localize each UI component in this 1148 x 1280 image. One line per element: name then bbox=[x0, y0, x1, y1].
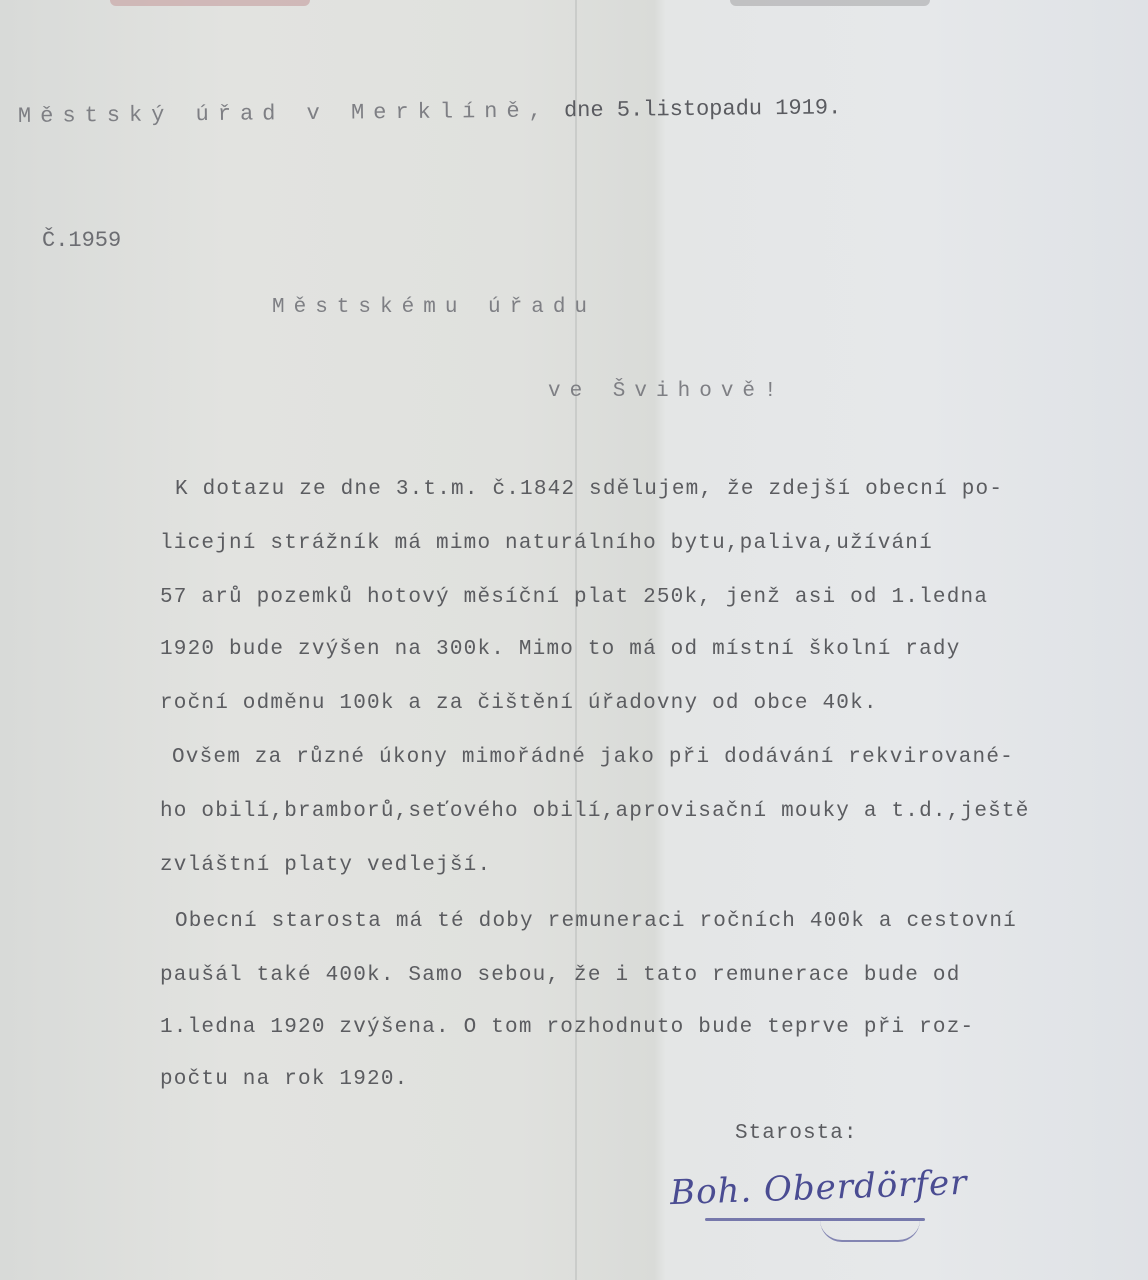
letter-date: dne 5.listopadu 1919. bbox=[551, 95, 842, 123]
signature-flourish bbox=[820, 1220, 920, 1242]
body-line: licejní strážník má mimo naturálního byt… bbox=[160, 532, 933, 555]
body-line: zvláštní platy vedlejší. bbox=[160, 854, 491, 877]
letterhead: Městský úřad v Merklíně, dne 5.listopadu… bbox=[18, 95, 842, 129]
addressee-line-2: ve Švihově! bbox=[548, 380, 786, 403]
body-line: Ovšem za různé úkony mimořádné jako při … bbox=[172, 746, 1014, 769]
top-edge-mark bbox=[110, 0, 310, 6]
body-line: 1920 bude zvýšen na 300k. Mimo to má od … bbox=[160, 638, 961, 661]
body-line: Obecní starosta má té doby remuneraci ro… bbox=[175, 910, 1017, 933]
body-line: 57 arů pozemků hotový měsíční plat 250k,… bbox=[160, 586, 988, 609]
body-line: K dotazu ze dne 3.t.m. č.1842 sdělujem, … bbox=[175, 478, 1003, 501]
addressee-line-1: Městskému úřadu bbox=[272, 296, 596, 319]
office-name: Městský úřad v Merklíně, bbox=[18, 98, 551, 129]
paper-background: Městský úřad v Merklíně, dne 5.listopadu… bbox=[0, 0, 1148, 1280]
top-edge-mark bbox=[730, 0, 930, 6]
body-line: 1.ledna 1920 zvýšena. O tom rozhodnuto b… bbox=[160, 1016, 974, 1039]
body-line: paušál také 400k. Samo sebou, že i tato … bbox=[160, 964, 961, 987]
body-line: roční odměnu 100k a za čištění úřadovny … bbox=[160, 692, 878, 715]
reference-number: Č.1959 bbox=[42, 228, 121, 253]
body-line: počtu na rok 1920. bbox=[160, 1068, 408, 1091]
signature: Boh. Oberdörfer bbox=[669, 1163, 968, 1213]
body-line: ho obilí,bramborů,seťového obilí,aprovis… bbox=[160, 800, 1030, 823]
closing-title: Starosta: bbox=[735, 1122, 857, 1145]
